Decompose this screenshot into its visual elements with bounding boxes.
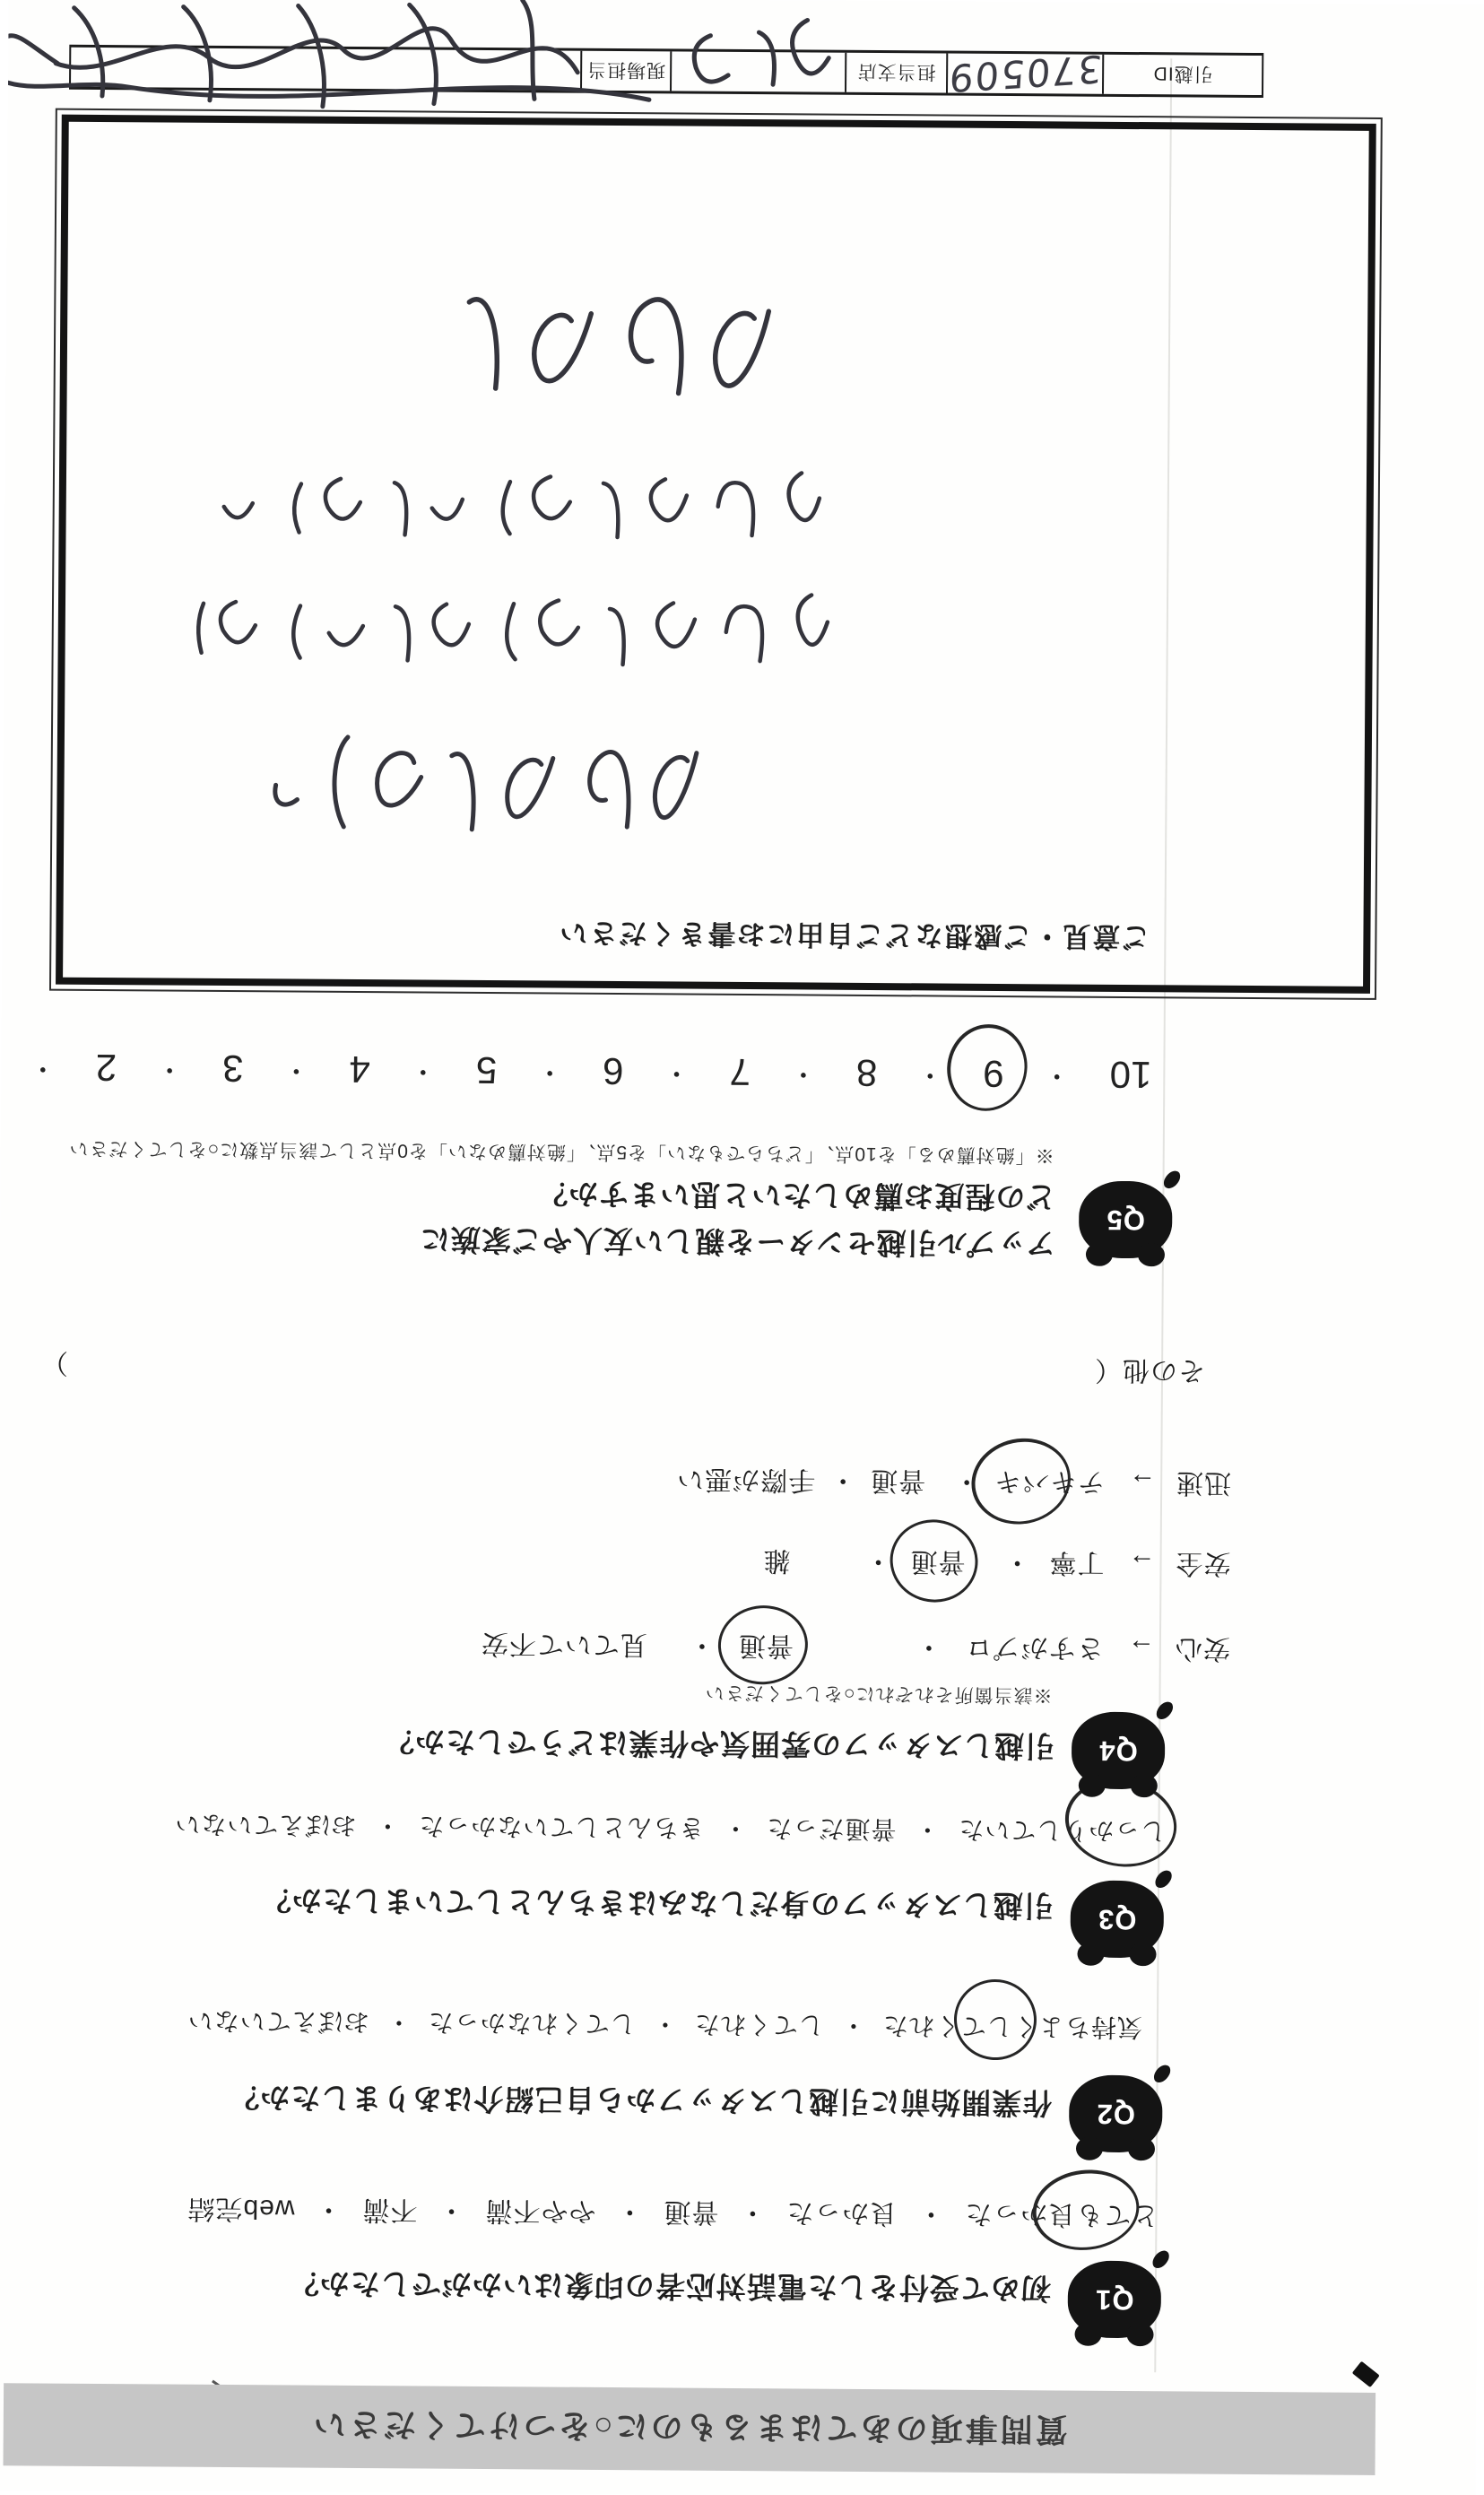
q4-other-close: ） xyxy=(40,1346,68,1386)
handwritten-comment xyxy=(63,122,1369,987)
q2-options: 気持ちよくしてくれた ・してくれた・してくれなかった・おぼえていない xyxy=(187,2004,1142,2047)
option-separator: ・ xyxy=(829,1465,856,1495)
q5-badge: Q5 xyxy=(1079,1181,1173,1259)
option-separator: ・ xyxy=(314,2195,342,2224)
q5-title-line2: どの程度お薦めしたいと思いますか？ xyxy=(537,1174,1055,1220)
q2-title: 作業開始前に引越しスタッフから自己紹介はありましたか？ xyxy=(229,2078,1052,2126)
scanned-questionnaire-page: 質問事項のあてはまるものに○をつけてください Q1 初めて受付をした電話対応者の… xyxy=(0,0,1484,2495)
q4-badge-tail xyxy=(1154,1699,1176,1722)
q1-option-5: 不満 xyxy=(361,2193,417,2232)
scale-5: 5 xyxy=(476,1048,498,1091)
q1-option-6: web完結 xyxy=(187,2192,294,2232)
scale-2: 2 xyxy=(96,1046,117,1089)
option-separator: ・ xyxy=(738,2197,766,2227)
option-separator: ・ xyxy=(952,1466,980,1496)
q2-badge-tail xyxy=(1151,2062,1173,2085)
scale-4: 4 xyxy=(349,1048,370,1091)
q1-option-4: やや不満 xyxy=(484,2194,595,2234)
q5-badge-tail xyxy=(1161,1168,1183,1191)
option-separator: ・ xyxy=(1002,1547,1030,1577)
option-separator: ・ xyxy=(688,1630,716,1660)
q4-row2-label: 安全 xyxy=(1175,1548,1230,1578)
q3-badge-label: Q3 xyxy=(1098,1903,1137,1935)
q1-badge-label: Q1 xyxy=(1095,2283,1134,2316)
option-separator: ・ xyxy=(386,2008,412,2036)
scale-7: 7 xyxy=(729,1050,751,1093)
q3-title: 引越しスタッフの身だしなみはきちんとしていましたか？ xyxy=(261,1881,1054,1928)
q3-option-1: しっかりしていた xyxy=(958,1813,1166,1851)
option-separator: ・ xyxy=(916,2198,944,2228)
option-separator: ・ xyxy=(652,2010,678,2038)
q4-row1-option-3: 見ていて不安 xyxy=(481,1627,647,1667)
option-separator: ・ xyxy=(437,2195,464,2225)
q4-row1-option-1: さすがプロ xyxy=(965,1630,1104,1671)
q2-option-4: おぼえていない xyxy=(187,2004,369,2041)
q1-option-3: 普通 xyxy=(663,2195,718,2234)
q3-option-4: おぼえていない xyxy=(174,1808,356,1845)
option-separator: ・ xyxy=(374,1812,400,1839)
handwritten-signature xyxy=(8,0,1116,130)
q4-badge-label: Q4 xyxy=(1098,1734,1138,1767)
q4-title: 引越しスタッフの雰囲気や作業はどうでしたか？ xyxy=(384,1722,1054,1769)
q2-option-1: 気持ちよくしてくれた xyxy=(882,2009,1142,2047)
scale-separator: ・ xyxy=(790,1058,817,1088)
scale-10: 10 xyxy=(1109,1053,1151,1096)
q1-badge: Q1 xyxy=(1068,2261,1162,2339)
arrow-icon: → xyxy=(1127,1633,1155,1663)
scale-8: 8 xyxy=(856,1051,878,1094)
q4-row-anshin: 安心→さすがプロ・ 普通 ・見ていて不安 xyxy=(481,1627,1230,1672)
scale-separator: ・ xyxy=(282,1055,309,1084)
q3-option-2: 普通だった xyxy=(766,1812,896,1848)
scale-3: 3 xyxy=(222,1047,244,1090)
option-separator: ・ xyxy=(915,1631,942,1661)
option-separator: ・ xyxy=(615,2196,643,2226)
q4-row1-option-2: 普通 xyxy=(738,1629,794,1668)
q1-title: 初めて受付をした電話対応者の印象はいかがでしたか？ xyxy=(289,2264,1051,2311)
scale-separator: ・ xyxy=(156,1054,183,1083)
q4-row2-option-1: 丁寧 xyxy=(1048,1545,1104,1585)
comment-box-inner-border: ご意見・ご感想などご自由にお書きください xyxy=(56,115,1376,994)
option-separator: ・ xyxy=(863,1546,891,1576)
arrow-icon: → xyxy=(1127,1548,1155,1578)
q1-badge-tail xyxy=(1150,2247,1172,2271)
comment-box: ご意見・ご感想などご自由にお書きください xyxy=(49,109,1383,1000)
instruction-banner: 質問事項のあてはまるものに○をつけてください xyxy=(3,2383,1376,2475)
scale-separator: ・ xyxy=(30,1053,56,1082)
scale-9: 9 xyxy=(983,1052,1004,1095)
q2-badge-label: Q2 xyxy=(1096,2098,1135,2130)
q1-option-1: とても良かった xyxy=(964,2197,1159,2239)
q5-note: ※「絶対薦める」を10点、「どちらでもない」を5点、「絶対薦めない」を0点として… xyxy=(68,1136,1054,1170)
q5-title-line1: アップル引越センターを親しい友人やご家族に xyxy=(420,1220,1055,1266)
q4-badge: Q4 xyxy=(1072,1712,1166,1790)
q4-row3-option-3: 手際が悪い xyxy=(676,1462,815,1502)
scale-separator: ・ xyxy=(916,1059,943,1089)
scale-separator: ・ xyxy=(1044,1060,1071,1090)
q4-row3-option-2: 普通 xyxy=(870,1464,925,1503)
scale-separator: ・ xyxy=(663,1057,690,1087)
q4-row-jinsoku: 迅速→ テキパキ ・普通・手際が悪い xyxy=(676,1462,1231,1505)
scale-separator: ・ xyxy=(536,1056,563,1086)
q5-nps-scale: 10・ 9 ・8・7・6・5・4・3・2・1・0 xyxy=(0,1044,1152,1099)
q4-row1-label: 安心 xyxy=(1175,1633,1230,1663)
moving-id-label-cell: 引越ID xyxy=(1102,55,1262,95)
q2-option-3: してくれなかった xyxy=(428,2006,636,2044)
q5-badge-label: Q5 xyxy=(1106,1204,1145,1236)
arrow-icon: → xyxy=(1128,1467,1156,1497)
option-separator: ・ xyxy=(914,1815,940,1843)
scale-separator: ・ xyxy=(410,1056,437,1085)
scan-corner-mark xyxy=(1352,2361,1380,2387)
q4-row3-label: 迅速 xyxy=(1176,1467,1231,1497)
q4-note: ※該当箇所それぞれに○をしてください xyxy=(705,1681,1053,1710)
instruction-banner-text: 質問事項のあてはまるものに○をつけてください xyxy=(311,2404,1068,2455)
scale-6: 6 xyxy=(603,1049,624,1092)
moving-id-label: 引越ID xyxy=(1153,61,1213,88)
q3-badge: Q3 xyxy=(1070,1881,1164,1959)
q3-badge-tail xyxy=(1153,1867,1175,1891)
q1-options: とても良かった ・良かった・普通・やや不満・不満・web完結 xyxy=(187,2192,1159,2239)
q4-row2-option-2: 普通 xyxy=(909,1544,965,1584)
q4-row-anzen: 安全→丁寧・ 普通 ・雑 xyxy=(762,1543,1230,1587)
q2-badge: Q2 xyxy=(1069,2075,1163,2153)
q4-row2-option-3: 雑 xyxy=(762,1543,790,1583)
q4-other-open: その他（ xyxy=(1094,1353,1205,1394)
option-separator: ・ xyxy=(840,2012,866,2039)
option-separator: ・ xyxy=(722,1814,748,1842)
q1-option-2: 良かった xyxy=(785,2195,897,2236)
q3-option-3: きちんとしていなかった xyxy=(418,1809,704,1847)
q3-options: しっかりしていた ・普通だった・きちんとしていなかった・おぼえていない xyxy=(174,1808,1166,1851)
q4-row3-option-1: テキパキ xyxy=(994,1465,1105,1505)
q2-option-2: してくれた xyxy=(694,2008,824,2045)
